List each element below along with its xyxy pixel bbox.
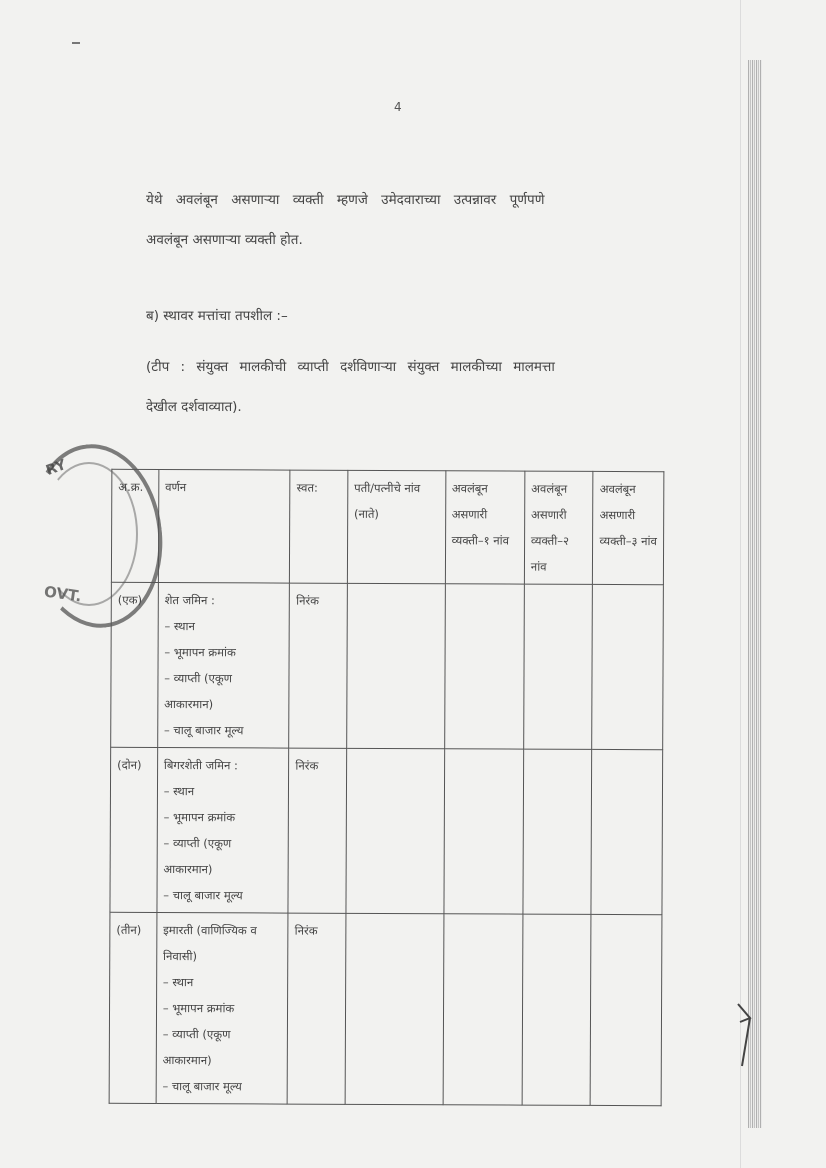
row-spouse: [346, 748, 444, 913]
row-item: – चालू बाजार मूल्य: [163, 882, 282, 909]
row-item: – स्थान: [163, 969, 282, 996]
header-spouse: पती/पत्नीचे नांव (नाते): [347, 470, 445, 583]
row-description: बिगरशेती जमिन : – स्थान – भूमापन क्रमांक…: [157, 748, 289, 914]
row-title: बिगरशेती जमिन :: [164, 752, 283, 779]
row-serial: (एक): [111, 582, 159, 747]
scan-binding-edge: [748, 60, 762, 1128]
row-item: – भूमापन क्रमांक: [163, 995, 282, 1022]
row-item: – स्थान: [164, 778, 283, 805]
row-item: – चालू बाजार मूल्य: [162, 1073, 281, 1100]
row-dependent-2: [523, 749, 592, 914]
table-row: (तीन) इमारती (वाणिज्यिक व निवासी) – स्था…: [109, 912, 662, 1105]
note-line-1: (टीप : संयुक्त मालकीची व्याप्ती दर्शविणा…: [146, 357, 555, 375]
row-item: – व्याप्ती (एकूण आकारमान): [163, 1021, 282, 1074]
row-self: निरंक: [287, 913, 345, 1104]
section-heading: ब) स्थावर मत्तांचा तपशील :–: [146, 306, 288, 324]
row-dependent-1: [444, 584, 524, 749]
row-self: निरंक: [288, 748, 346, 913]
row-spouse: [345, 913, 444, 1104]
row-serial: (तीन): [109, 912, 157, 1103]
handwritten-mark-icon: [736, 1000, 756, 1070]
row-title: इमारती (वाणिज्यिक व निवासी): [163, 917, 282, 970]
row-spouse: [346, 583, 444, 748]
header-dependent-1: अवलंबून असणारी व्यक्ती–१ नांव: [445, 471, 525, 584]
immovable-assets-table: अ.क्र. वर्णन स्वत: पती/पत्नीचे नांव (नात…: [109, 469, 665, 1106]
row-item: – भूमापन क्रमांक: [164, 804, 283, 831]
row-dependent-3: [591, 914, 662, 1105]
table-row: (दोन) बिगरशेती जमिन : – स्थान – भूमापन क…: [110, 747, 663, 914]
row-dependent-1: [443, 749, 523, 914]
table-header-row: अ.क्र. वर्णन स्वत: पती/पत्नीचे नांव (नात…: [111, 469, 663, 584]
paragraph-line-2: अवलंबून असणाऱ्या व्यक्ती होत.: [146, 230, 303, 248]
table-row: (एक) शेत जमिन : – स्थान – भूमापन क्रमांक…: [111, 582, 664, 749]
header-self: स्वत:: [290, 470, 348, 583]
row-description: इमारती (वाणिज्यिक व निवासी) – स्थान – भू…: [156, 912, 288, 1104]
row-item: – स्थान: [164, 613, 283, 640]
header-dependent-3: अवलंबून असणारी व्यक्ती–३ नांव: [593, 471, 664, 584]
scan-mark: [72, 42, 80, 44]
row-dependent-3: [592, 584, 663, 749]
row-item: – व्याप्ती (एकूण आकारमान): [163, 830, 282, 883]
page-number: 4: [394, 100, 402, 114]
row-item: – चालू बाजार मूल्य: [164, 717, 283, 744]
header-serial: अ.क्र.: [111, 469, 158, 582]
note-line-2: देखील दर्शवाव्यात).: [146, 397, 242, 415]
header-description: वर्णन: [158, 470, 290, 584]
row-item: – व्याप्ती (एकूण आकारमान): [164, 665, 283, 718]
stamp-text-bottom: OVT.: [43, 582, 83, 605]
row-title: शेत जमिन :: [165, 587, 284, 614]
row-dependent-1: [443, 914, 523, 1105]
row-serial: (दोन): [110, 747, 158, 912]
row-self: निरंक: [289, 583, 347, 748]
row-dependent-2: [522, 914, 591, 1105]
scan-edge-line: [740, 0, 741, 1168]
paragraph-line-1: येथे अवलंबून असणाऱ्या व्यक्ती म्हणजे उमे…: [146, 190, 544, 208]
header-dependent-2: अवलंबून असणारी व्यक्ती–२ नांव: [524, 471, 593, 584]
row-description: शेत जमिन : – स्थान – भूमापन क्रमांक – व्…: [157, 583, 289, 749]
row-dependent-3: [591, 749, 662, 914]
row-item: – भूमापन क्रमांक: [164, 639, 283, 666]
row-dependent-2: [524, 584, 593, 749]
